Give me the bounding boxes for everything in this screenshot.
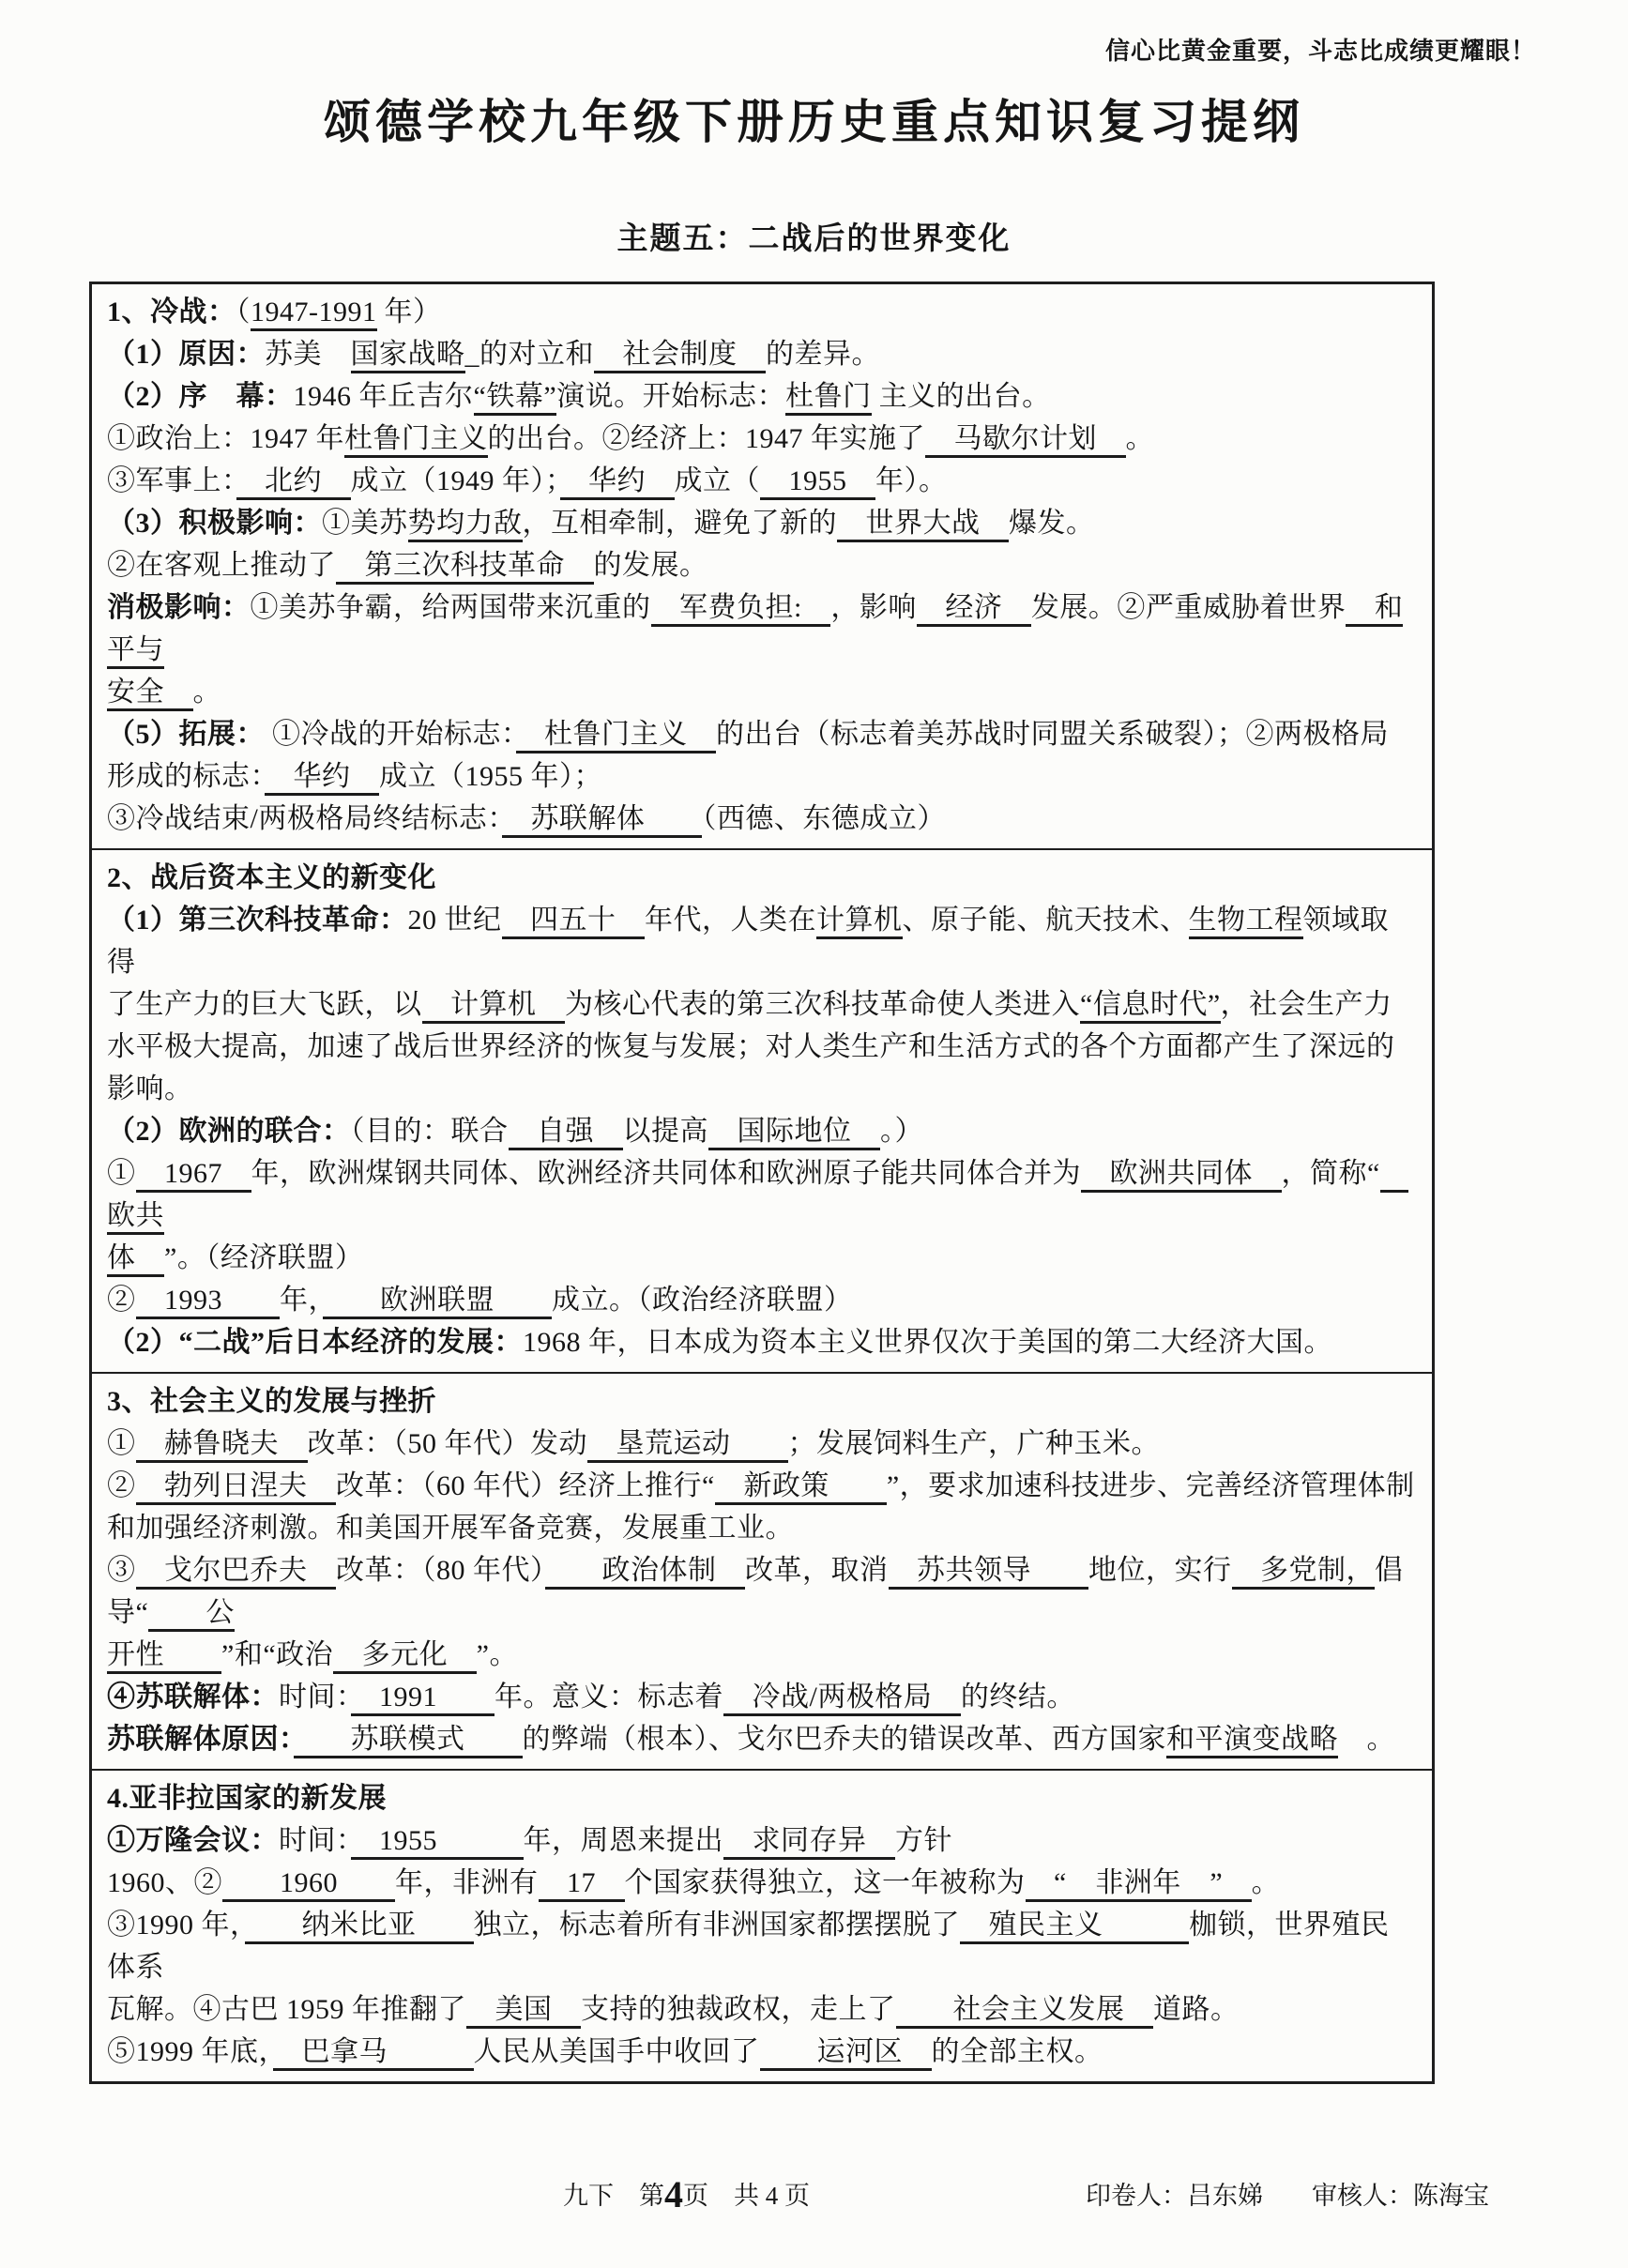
text-segment: 瓦解。④古巴 1959 年推翻了 (107, 1994, 466, 2025)
blank-underline: 苏共领导 (889, 1555, 1089, 1590)
document-page: 信心比黄金重要，斗志比成绩更耀眼！ 颂德学校九年级下册历史重点知识复习提纲 主题… (0, 0, 1628, 2268)
text-segment: ，影响 (830, 592, 917, 623)
text-line: ②在客观上推动了 第三次科技革命 的发展。 (107, 544, 1417, 586)
text-segment: 时间： (279, 1682, 351, 1712)
text-segment: 年。意义：标志着 (494, 1682, 723, 1712)
text-segment: ”，要求加速科技进步、完善经济管理体制 (887, 1470, 1415, 1501)
text-segment: 消极影响： (107, 592, 251, 623)
text-segment: 。 (193, 677, 222, 708)
text-segment: （1）第三次科技革命： (107, 905, 408, 936)
footer-page-suffix: 页 (683, 2182, 708, 2210)
blank-underline: 社会主义发展 (896, 1994, 1154, 2029)
text-segment: ② (107, 1470, 136, 1501)
text-line: ③1990 年， 纳米比亚 独立，标志着所有非洲国家都摆摆脱了 殖民主义 枷锁，… (107, 1904, 1417, 1988)
text-segment: 个国家获得独立，这一年被称为 (625, 1867, 1026, 1898)
text-line: 消极影响：①美苏争霸，给两国带来沉重的 军费负担: ，影响 经济 发展。②严重威… (107, 586, 1417, 671)
blank-underline: 1955 (351, 1825, 524, 1860)
text-line: 苏联解体原因： 苏联模式 的弊端（根本）、戈尔巴乔夫的错误改革、西方国家和平演变… (107, 1718, 1417, 1760)
text-segment: 了生产力的巨大飞跃，以 (107, 989, 422, 1020)
blank-underline: 马歇尔计划 (925, 423, 1126, 458)
text-line: （5）拓展： ①冷战的开始标志： 杜鲁门主义 的出台（标志着美苏战时同盟关系破裂… (107, 713, 1417, 755)
text-line: ④苏联解体：时间： 1991 年。意义：标志着 冷战/两极格局 的终结。 (107, 1676, 1417, 1718)
blank-underline: 计算机 (816, 905, 903, 939)
text-line: （1）第三次科技革命：20 世纪 四五十 年代，人类在计算机、原子能、航天技术、… (107, 899, 1417, 983)
text-segment: （西德、东德成立） (702, 803, 946, 834)
text-segment: 改革：（60 年代）经济上推行“ (336, 1470, 715, 1501)
text-segment: 影响。 (107, 1073, 193, 1104)
text-segment: （5）拓展： (107, 719, 265, 750)
blank-underline: 殖民主义 (960, 1910, 1189, 1944)
blank-underline: 求同存异 (723, 1825, 895, 1860)
text-segment: 20 世纪 (408, 905, 502, 936)
text-line: ①万隆会议：时间： 1955 年，周恩来提出 求同存异 方针 (107, 1819, 1417, 1862)
text-line: 1、冷战：（1947-1991 年） (107, 291, 1417, 333)
text-segment: ，简称“ (1282, 1158, 1380, 1189)
blank-underline: 第三次科技革命 (336, 550, 594, 585)
text-segment: ”和“政治 (221, 1639, 333, 1670)
text-segment: 。） (880, 1116, 923, 1147)
text-segment: 年） (377, 297, 442, 327)
text-segment: 成立（1955 年）； (379, 761, 602, 792)
text-segment: 1968 年，日本成为资本主义世界仅次于美国的第二大经济大国。 (523, 1327, 1332, 1358)
text-line: 1960、② 1960 年，非洲有 17 个国家获得独立，这一年被称为 “ 非洲… (107, 1862, 1417, 1904)
text-segment: 改革，取消 (745, 1555, 889, 1586)
text-line: ①政治上：1947 年杜鲁门主义的出台。②经济上：1947 年实施了 马歇尔计划… (107, 418, 1417, 460)
text-segment: ① (107, 1428, 136, 1459)
blank-underline: 华约 (560, 465, 675, 500)
text-segment: 水平极大提高，加速了战后世界经济的恢复与发展；对人类生产和生活方式的各个方面都产… (107, 1031, 1395, 1062)
blank-underline: 欧洲联盟 (323, 1285, 552, 1319)
blank-underline: 开性 (107, 1639, 221, 1674)
blank-underline: 苏联解体 (502, 803, 703, 838)
text-segment: （2）序 幕： (107, 381, 294, 412)
blank-underline: 政治体制 (545, 1555, 746, 1590)
footer-page-info: 九下 第4页 共 4 页 (563, 2175, 810, 2212)
blank-underline: 戈尔巴乔夫 (136, 1555, 337, 1590)
blank-underline: “铁幕” (474, 381, 557, 416)
footer-reviewer: 审核人：陈海宝 (1312, 2182, 1489, 2210)
text-segment: （2）“二战”后日本经济的发展： (107, 1327, 523, 1358)
text-segment: ①万隆会议： (107, 1825, 279, 1856)
text-segment: 苏美 (265, 339, 351, 370)
text-line: ③冷战结束/两极格局终结标志： 苏联解体 （西德、东德成立） (107, 798, 1417, 840)
footer-credits: 印卷人：吕东娣审核人：陈海宝 (1086, 2175, 1489, 2212)
text-segment: 成立（ (675, 465, 761, 496)
text-line: 影响。 (107, 1068, 1417, 1110)
blank-underline: 北约 (236, 465, 351, 500)
blank-underline: 垦荒运动 (587, 1428, 788, 1463)
text-segment: 年，周恩来提出 (524, 1825, 724, 1856)
text-segment: 年代，人类在 (645, 905, 816, 936)
text-segment: 年）。 (875, 465, 948, 496)
text-segment: ②在客观上推动了 (107, 550, 336, 581)
text-line: 3、社会主义的发展与挫折 (107, 1380, 1417, 1423)
blank-underline: 世界大战 (837, 508, 1009, 542)
text-line: 体 ”。（经济联盟） (107, 1237, 1417, 1279)
text-line: ③军事上： 北约 成立（1949 年）； 华约 成立（ 1955 年）。 (107, 460, 1417, 502)
text-segment: 的出台。②经济上：1947 年实施了 (488, 423, 926, 454)
text-segment: 和加强经济刺激。和美国开展军备竞赛，发展重工业。 (107, 1513, 794, 1544)
blank-underline: 军费负担: (651, 592, 831, 627)
text-segment: 发展。②严重威胁着世界 (1031, 592, 1347, 623)
text-segment: ，社会生产力 (1221, 989, 1392, 1020)
text-segment: ⑤1999 年底， (107, 2036, 273, 2067)
text-segment: ③军事上： (107, 465, 236, 496)
text-segment: （2）欧洲的联合： (107, 1116, 351, 1147)
blank-underline: 体 (107, 1242, 164, 1277)
text-line: 形成的标志： 华约 成立（1955 年）； (107, 755, 1417, 798)
blank-underline: 杜鲁门主义 (516, 719, 717, 753)
footer-printer: 印卷人：吕东娣 (1086, 2182, 1263, 2210)
blank-underline: 和平演变战略 (1166, 1724, 1338, 1758)
text-line: ② 勃列日涅夫 改革：（60 年代）经济上推行“ 新政策 ”，要求加速科技进步、… (107, 1465, 1417, 1507)
text-segment: ③冷战结束/两极格局终结标志： (107, 803, 502, 834)
blank-underline: 势均力敌 (408, 508, 523, 542)
text-segment: （ (236, 297, 251, 327)
text-segment: 成立（1949 年）； (351, 465, 560, 496)
text-segment: ② (107, 1285, 136, 1316)
text-segment: 成立。（政治经济联盟） (552, 1285, 853, 1316)
text-segment: 方针 (895, 1825, 952, 1856)
blank-underline: “信息时代” (1080, 989, 1221, 1024)
text-segment: 1946 年丘吉尔 (294, 381, 474, 412)
text-segment: （1）原因： (107, 339, 265, 370)
text-segment: 的终结。 (961, 1682, 1075, 1712)
blank-underline: 勃列日涅夫 (136, 1470, 337, 1505)
blank-underline: “ 非洲年 ” (1026, 1867, 1252, 1902)
text-line: 了生产力的巨大飞跃，以 计算机 为核心代表的第三次科技革命使人类进入“信息时代”… (107, 983, 1417, 1026)
blank-underline: 华约 (265, 761, 379, 796)
text-segment: 2、战后资本主义的新变化 (107, 862, 436, 893)
blank-underline: 美国 (466, 1994, 581, 2029)
blank-underline: 国际地位 (708, 1116, 880, 1150)
blank-underline: 苏联模式 (294, 1724, 523, 1758)
blank-underline: 多党制， (1232, 1555, 1376, 1590)
text-segment: 年， (280, 1285, 323, 1316)
blank-underline: 巴拿马 (273, 2036, 474, 2071)
text-segment: 1、冷战： (107, 297, 236, 327)
page-number: 4 (664, 2173, 683, 2215)
text-line: 2、战后资本主义的新变化 (107, 857, 1417, 899)
text-segment: 地位，实行 (1088, 1555, 1232, 1586)
blank-underline: 多元化 (333, 1639, 477, 1674)
blank-underline: 经济 (917, 592, 1031, 627)
text-line: （2）“二战”后日本经济的发展：1968 年，日本成为资本主义世界仅次于美国的第… (107, 1321, 1417, 1363)
text-segment: ”。（经济联盟） (164, 1242, 363, 1273)
text-segment: 以提高 (623, 1116, 709, 1147)
text-segment: 改革：（80 年代） (336, 1555, 545, 1586)
text-segment: ④苏联解体： (107, 1682, 279, 1712)
text-segment: 的出台（标志着美苏战时同盟关系破裂）；②两极格局 (716, 719, 1389, 750)
blank-underline: 自强 (509, 1116, 623, 1150)
text-segment: 、原子能、航天技术、 (903, 905, 1189, 936)
blank-underline: 1991 (351, 1682, 495, 1716)
blank-underline: 杜鲁门 (785, 381, 872, 416)
text-segment: 1960、② (107, 1867, 222, 1898)
text-segment: ③1990 年， (107, 1910, 245, 1941)
blank-underline: 1967 (136, 1158, 251, 1193)
section: 2、战后资本主义的新变化（1）第三次科技革命：20 世纪 四五十 年代，人类在计… (92, 848, 1432, 1372)
text-line: 开性 ”和“政治 多元化 ”。 (107, 1634, 1417, 1676)
blank-underline: 四五十 (502, 905, 646, 939)
text-segment: ①政治上：1947 年 (107, 423, 344, 454)
text-line: （2）欧洲的联合：（目的：联合 自强 以提高 国际地位 。） (107, 1110, 1417, 1152)
text-segment: 。 (1252, 1867, 1281, 1898)
blank-underline: 17 (539, 1867, 625, 1902)
text-line: 安全 。 (107, 671, 1417, 713)
text-segment: 年，欧洲煤钢共同体、欧洲经济共同体和欧洲原子能共同体合并为 (251, 1158, 1082, 1189)
text-line: （1）原因：苏美 国家战略_的对立和 社会制度 的差异。 (107, 333, 1417, 375)
blank-underline: 公 (148, 1597, 235, 1632)
blank-underline: 赫鲁晓夫 (136, 1428, 308, 1463)
text-segment: 的弊端（根本）、戈尔巴乔夫的错误改革、西方国家 (523, 1724, 1167, 1755)
text-segment: 独立，标志着所有非洲国家都摆摆脱了 (474, 1910, 961, 1941)
blank-underline: 纳米比亚 (245, 1910, 474, 1944)
text-segment: 的差异。 (766, 339, 880, 370)
text-segment: 。 (1338, 1724, 1395, 1755)
blank-underline: 1947-1991 (251, 297, 377, 331)
text-line: ③ 戈尔巴乔夫 改革：（80 年代） 政治体制 改革，取消 苏共领导 地位，实行… (107, 1549, 1417, 1634)
text-line: ① 赫鲁晓夫 改革：（50 年代）发动 垦荒运动 ；发展饲料生产，广种玉米。 (107, 1423, 1417, 1465)
text-line: ② 1993 年， 欧洲联盟 成立。（政治经济联盟） (107, 1279, 1417, 1321)
blank-underline: 欧洲共同体 (1081, 1158, 1282, 1193)
text-line: （3）积极影响：①美苏势均力敌，互相牵制，避免了新的 世界大战 爆发。 (107, 502, 1417, 544)
section: 3、社会主义的发展与挫折① 赫鲁晓夫 改革：（50 年代）发动 垦荒运动 ；发展… (92, 1372, 1432, 1769)
text-segment: 主义的出台。 (872, 381, 1051, 412)
text-line: 4.亚非拉国家的新发展 (107, 1777, 1417, 1819)
text-segment: ①美苏争霸，给两国带来沉重的 (251, 592, 651, 623)
footer-page-total: 共 4 页 (734, 2182, 810, 2210)
text-line: （2）序 幕：1946 年丘吉尔“铁幕”演说。开始标志：杜鲁门 主义的出台。 (107, 375, 1417, 418)
text-segment: ①美苏 (322, 508, 408, 539)
text-segment: _的对立和 (465, 339, 595, 370)
blank-underline: 国家战略 (351, 339, 465, 373)
blank-underline: 1955 (760, 465, 875, 500)
text-segment: 演说。开始标志： (556, 381, 785, 412)
blank-underline: 生物工程 (1189, 905, 1303, 939)
blank-underline: 运河区 (760, 2036, 932, 2071)
blank-underline: 新政策 (715, 1470, 887, 1505)
blank-underline: 1993 (136, 1285, 281, 1319)
blank-underline: 1960 (222, 1867, 395, 1902)
text-segment: ”。 (477, 1639, 518, 1670)
content-box: 1、冷战：（1947-1991 年）（1）原因：苏美 国家战略_的对立和 社会制… (89, 282, 1435, 2084)
footer-page-label: 第 (639, 2182, 664, 2210)
text-segment: 道路。 (1153, 1994, 1240, 2025)
blank-underline: 杜鲁门主义 (344, 423, 488, 458)
blank-underline: 冷战/两极格局 (723, 1682, 961, 1716)
section: 1、冷战：（1947-1991 年）（1）原因：苏美 国家战略_的对立和 社会制… (92, 284, 1432, 848)
text-segment: 支持的独裁政权，走上了 (581, 1994, 896, 2025)
footer-grade: 九下 (563, 2182, 614, 2210)
text-segment: ① (107, 1158, 136, 1189)
doc-subtitle: 主题五：二战后的世界变化 (0, 214, 1628, 258)
text-line: 水平极大提高，加速了战后世界经济的恢复与发展；对人类生产和生活方式的各个方面都产… (107, 1026, 1417, 1068)
text-segment: 4.亚非拉国家的新发展 (107, 1783, 387, 1814)
text-segment: ①冷战的开始标志： (265, 719, 516, 750)
text-segment: （3）积极影响： (107, 508, 322, 539)
text-segment: 人民从美国手中收回了 (474, 2036, 760, 2067)
blank-underline: 安全 (107, 677, 193, 711)
text-segment: ；发展饲料生产，广种玉米。 (788, 1428, 1161, 1459)
text-segment: 3、社会主义的发展与挫折 (107, 1386, 436, 1417)
text-line: ① 1967 年，欧洲煤钢共同体、欧洲经济共同体和欧洲原子能共同体合并为 欧洲共… (107, 1152, 1417, 1237)
text-segment: 时间： (279, 1825, 351, 1856)
text-segment: 为核心代表的第三次科技革命使人类进入 (565, 989, 1080, 1020)
text-segment: 。 (1126, 423, 1155, 454)
text-segment: 形成的标志： (107, 761, 265, 792)
doc-title: 颂德学校九年级下册历史重点知识复习提纲 (0, 84, 1628, 152)
text-segment: ③ (107, 1555, 136, 1586)
text-segment: 苏联解体原因： (107, 1724, 294, 1755)
section: 4.亚非拉国家的新发展①万隆会议：时间： 1955 年，周恩来提出 求同存异 方… (92, 1769, 1432, 2081)
text-line: 瓦解。④古巴 1959 年推翻了 美国 支持的独裁政权，走上了 社会主义发展 道… (107, 1988, 1417, 2031)
text-segment: 的发展。 (594, 550, 708, 581)
text-segment: 年，非洲有 (395, 1867, 539, 1898)
text-segment: （目的：联合 (351, 1116, 509, 1147)
blank-underline: 计算机 (422, 989, 566, 1024)
header-slogan: 信心比黄金重要，斗志比成绩更耀眼！ (1105, 32, 1536, 67)
text-segment: ，互相牵制，避免了新的 (523, 508, 838, 539)
blank-underline: 社会制度 (594, 339, 766, 373)
text-line: ⑤1999 年底， 巴拿马 人民从美国手中收回了 运河区 的全部主权。 (107, 2031, 1417, 2073)
text-segment: 的全部主权。 (932, 2036, 1103, 2067)
text-segment: 改革：（50 年代）发动 (308, 1428, 588, 1459)
text-line: 和加强经济刺激。和美国开展军备竞赛，发展重工业。 (107, 1507, 1417, 1549)
text-segment: 爆发。 (1009, 508, 1095, 539)
